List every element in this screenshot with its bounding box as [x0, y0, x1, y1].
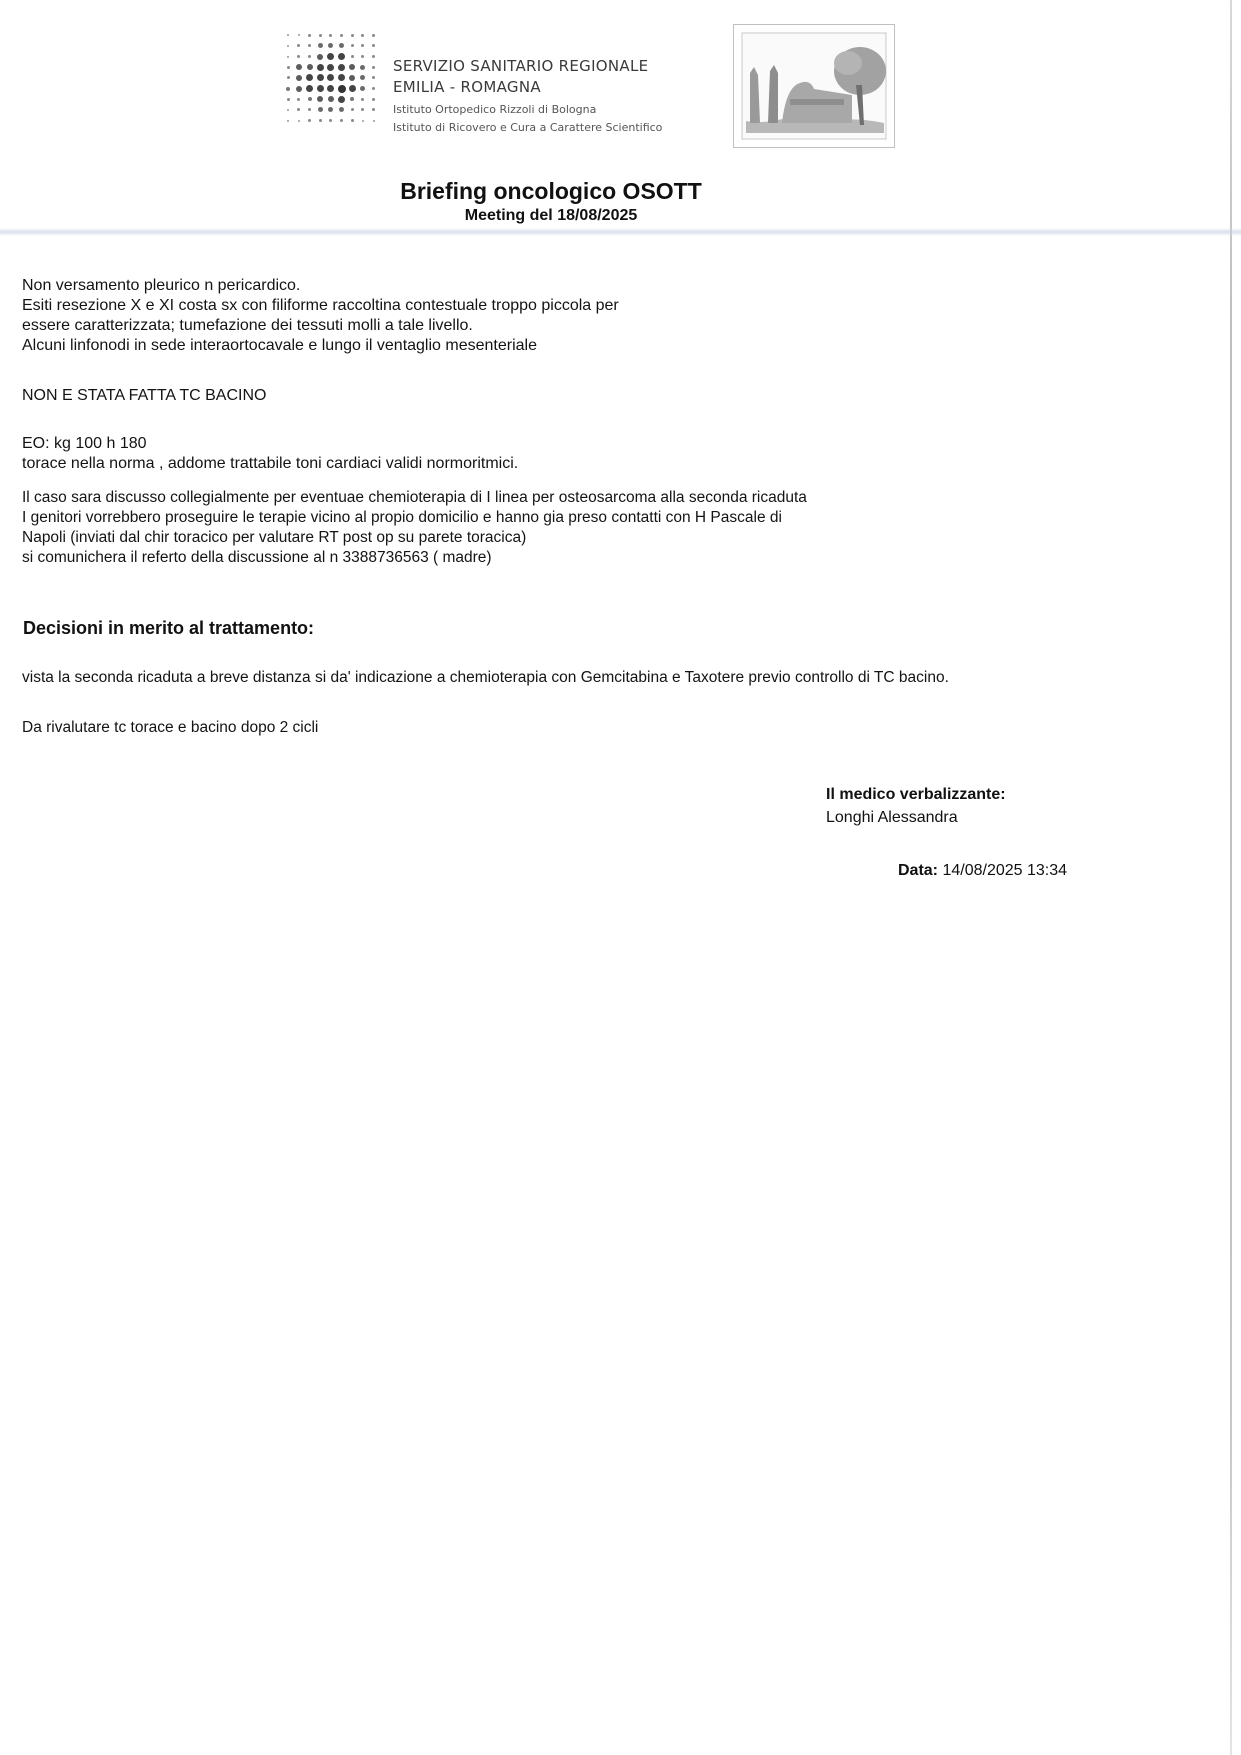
signature-block: Il medico verbalizzante: Longhi Alessand… — [826, 783, 1006, 829]
institute-name: Istituto Ortopedico Rizzoli di Bologna — [393, 101, 662, 119]
findings-line: essere caratterizzata; tumefazione dei t… — [22, 316, 619, 336]
landscape-engraving-icon — [733, 24, 895, 148]
document-title-block: Briefing oncologico OSOTT Meeting del 18… — [386, 178, 716, 225]
date-value: 14/08/2025 13:34 — [942, 862, 1067, 879]
discussion-line: Il caso sara discusso collegialmente per… — [22, 488, 807, 508]
exam-line: torace nella norma , addome trattabile t… — [22, 454, 518, 474]
decisions-heading: Decisioni in merito al trattamento: — [23, 618, 314, 639]
dot-grid-logo-icon — [283, 30, 379, 126]
findings-line: Esiti resezione X e XI costa sx con fili… — [22, 296, 619, 316]
org-name-line1: SERVIZIO SANITARIO REGIONALE — [393, 56, 662, 77]
signature-name: Longhi Alessandra — [826, 806, 1006, 829]
exam-line: EO: kg 100 h 180 — [22, 434, 518, 454]
reassessment-line: Da rivalutare tc torace e bacino dopo 2 … — [22, 718, 318, 738]
date-label: Data: — [898, 862, 938, 879]
note-line: NON E STATA FATTA TC BACINO — [22, 386, 266, 406]
physical-exam-section: EO: kg 100 h 180 torace nella norma , ad… — [22, 434, 518, 474]
missing-exam-note: NON E STATA FATTA TC BACINO — [22, 386, 266, 406]
decision-text: vista la seconda ricaduta a breve distan… — [22, 668, 949, 688]
organization-header: SERVIZIO SANITARIO REGIONALE EMILIA - RO… — [393, 56, 662, 137]
page-edge — [1230, 0, 1232, 1755]
findings-line: Alcuni linfonodi in sede interaortocaval… — [22, 336, 619, 356]
signature-label: Il medico verbalizzante: — [826, 783, 1006, 806]
scan-artifact-band — [0, 228, 1241, 236]
discussion-line: Napoli (inviati dal chir toracico per va… — [22, 528, 807, 548]
document-title: Briefing oncologico OSOTT — [386, 178, 716, 205]
findings-line: Non versamento pleurico n pericardico. — [22, 276, 619, 296]
reassessment-text: Da rivalutare tc torace e bacino dopo 2 … — [22, 718, 318, 738]
report-date: Data: 14/08/2025 13:34 — [898, 862, 1067, 880]
org-name-line2: EMILIA - ROMAGNA — [393, 77, 662, 98]
institute-description: Istituto di Ricovero e Cura a Carattere … — [393, 119, 662, 137]
findings-section: Non versamento pleurico n pericardico. E… — [22, 276, 619, 356]
discussion-line: I genitori vorrebbero proseguire le tera… — [22, 508, 807, 528]
meeting-date: Meeting del 18/08/2025 — [386, 207, 716, 225]
decision-line: vista la seconda ricaduta a breve distan… — [22, 668, 949, 688]
discussion-section: Il caso sara discusso collegialmente per… — [22, 488, 807, 568]
discussion-line: si comunichera il referto della discussi… — [22, 548, 807, 568]
